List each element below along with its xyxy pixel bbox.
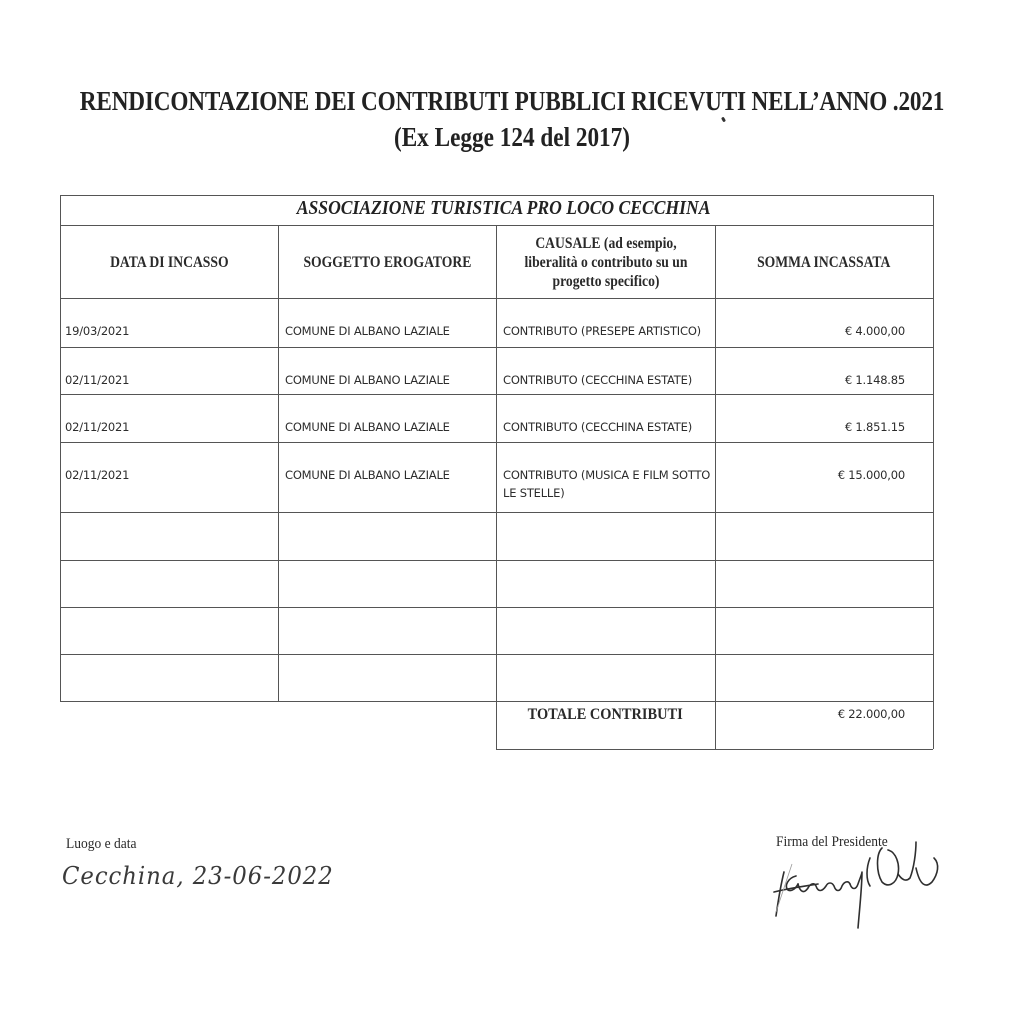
cell-amount: € 4.000,00 (720, 322, 905, 340)
cell-reason: CONTRIBUTO (PRESEPE ARTISTICO) (503, 322, 713, 340)
total-value: € 22.000,00 (715, 707, 905, 721)
cell-date: 02/11/2021 (65, 371, 270, 389)
grid-line (496, 225, 497, 701)
cell-reason: CONTRIBUTO (CECCHINA ESTATE) (503, 418, 713, 436)
header-date: DATA DI INCASSO (60, 226, 278, 298)
cell-date: 02/11/2021 (65, 466, 270, 484)
header-reason: CAUSALE (ad esempio, liberalità o contri… (506, 226, 706, 298)
cell-source: COMUNE DI ALBANO LAZIALE (285, 322, 490, 340)
grid-line (933, 701, 934, 749)
total-label: TOTALE CONTRIBUTI (496, 706, 715, 724)
cell-amount: € 1.851.15 (720, 418, 905, 436)
organization-name: ASSOCIAZIONE TURISTICA PRO LOCO CECCHINA (120, 197, 888, 220)
cell-source: COMUNE DI ALBANO LAZIALE (285, 466, 490, 484)
grid-line (496, 749, 933, 750)
grid-line (933, 195, 934, 701)
cell-reason: CONTRIBUTO (CECCHINA ESTATE) (503, 371, 713, 389)
grid-line (60, 195, 933, 196)
cell-date: 02/11/2021 (65, 418, 270, 436)
header-amount: SOMMA INCASSATA (715, 226, 933, 298)
document-subtitle: (Ex Legge 124 del 2017) (72, 122, 953, 153)
header-source: SOGGETTO EROGATORE (278, 226, 496, 298)
cell-amount: € 15.000,00 (720, 466, 905, 484)
cell-reason: CONTRIBUTO (MUSICA E FILM SOTTO LE STELL… (503, 466, 713, 502)
cell-date: 19/03/2021 (65, 322, 270, 340)
cell-source: COMUNE DI ALBANO LAZIALE (285, 371, 490, 389)
cell-source: COMUNE DI ALBANO LAZIALE (285, 418, 490, 436)
document-title: RENDICONTAZIONE DEI CONTRIBUTI PUBBLICI … (72, 86, 953, 117)
place-date-handwritten: Cecchina, 23-06-2022 (62, 862, 334, 890)
place-date-label: Luogo e data (66, 836, 144, 853)
cell-amount: € 1.148.85 (720, 371, 905, 389)
signature-icon (770, 828, 960, 938)
